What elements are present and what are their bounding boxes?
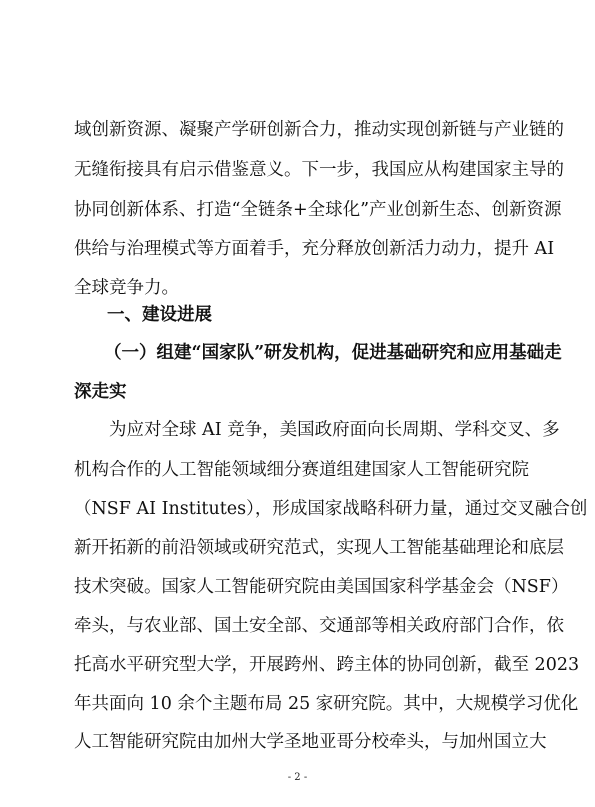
document-page: 域创新资源、凝聚产学研创新合力，推动实现创新链与产业链的 无缝衔接具有启示借鉴意… [0, 0, 595, 807]
paragraph-line: 协同创新体系、打造“全链条+全球化”产业创新生态、创新资源 [74, 198, 526, 222]
body-line: 新开拓新的前沿领域或研究范式，实现人工智能基础理论和底层 [74, 536, 526, 560]
body-line: 为应对全球 AI 竞争，美国政府面向长周期、学科交叉、多 [109, 418, 526, 442]
body-line: （NSF AI Institutes），形成国家战略科研力量，通过交叉融合创 [74, 497, 526, 521]
section-heading: 一、建设进展 [107, 303, 559, 327]
body-line: 托高水平研究型大学，开展跨州、跨主体的协同创新，截至 2023 [74, 653, 526, 677]
paragraph-line: 无缝衔接具有启示借鉴意义。下一步，我国应从构建国家主导的 [74, 158, 526, 182]
body-line: 牵头，与农业部、国土安全部、交通部等相关政府部门合作，依 [74, 614, 526, 638]
body-line: 机构合作的人工智能领域细分赛道组建国家人工智能研究院 [74, 458, 526, 482]
paragraph-line: 域创新资源、凝聚产学研创新合力，推动实现创新链与产业链的 [74, 118, 526, 142]
subsection-heading: （一）组建“国家队”研发机构，促进基础研究和应用基础走 [104, 341, 526, 365]
page-number: - 2 - [0, 772, 595, 783]
paragraph-line: 供给与治理模式等方面着手，充分释放创新活力动力，提升 AI [74, 237, 526, 261]
subsection-heading: 深走实 [74, 380, 526, 404]
body-line: 技术突破。国家人工智能研究院由美国国家科学基金会（NSF） [74, 575, 526, 599]
body-line: 年共面向 10 余个主题布局 25 家研究院。其中，大规模学习优化 [74, 692, 526, 716]
paragraph-line: 全球竞争力。 [74, 276, 526, 300]
body-line: 人工智能研究院由加州大学圣地亚哥分校牵头，与加州国立大 [74, 730, 526, 754]
